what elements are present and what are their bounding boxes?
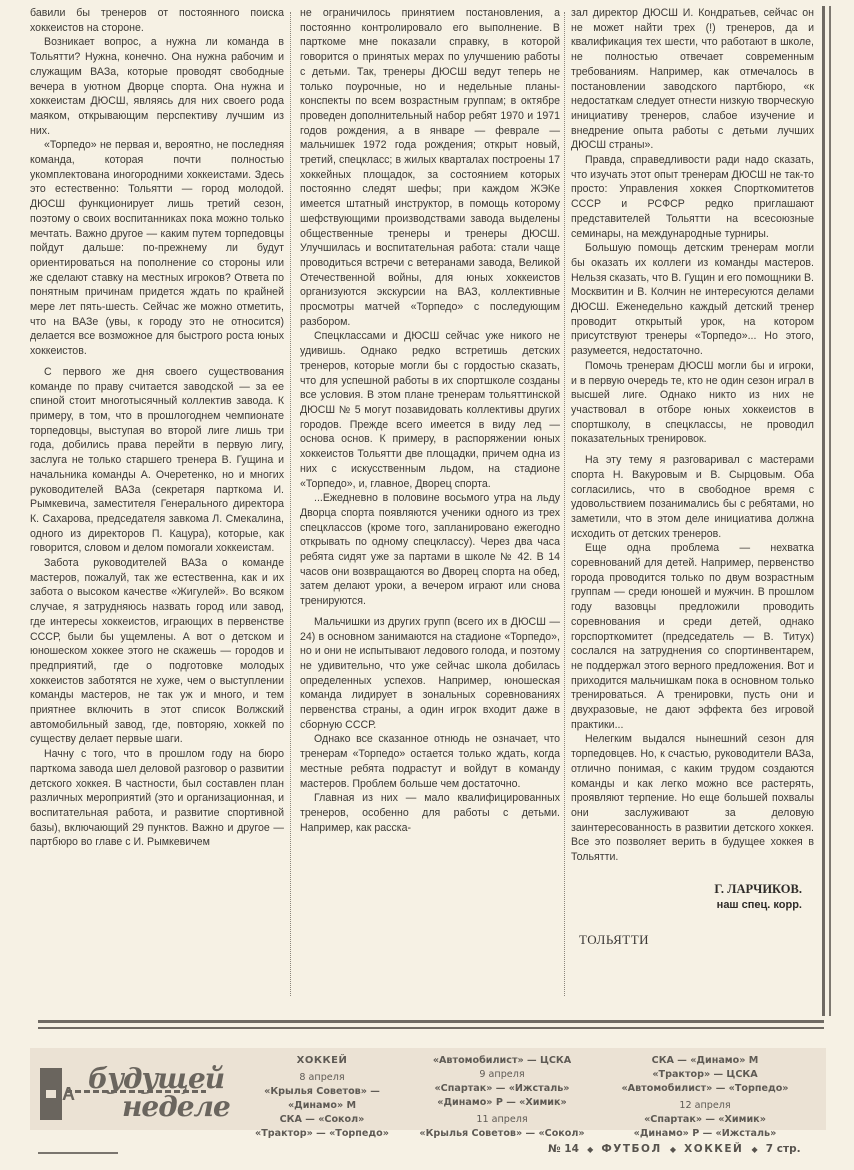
bottom-rule — [38, 1020, 824, 1023]
article-paragraph: Нелегким выдался нынешний сезон для торп… — [571, 732, 814, 864]
article-column-2: не ограничилось принятием постановления,… — [300, 6, 560, 835]
article-paragraph: ...Ежедневно в половине восьмого утра на… — [300, 491, 560, 609]
publication-title-1: ФУТБОЛ — [601, 1143, 661, 1155]
match-line: «Спартак» — «Ижсталь» — [414, 1082, 590, 1096]
diamond-icon: ◆ — [670, 1145, 676, 1154]
match-line: «Крылья Советов» — «Сокол» — [414, 1127, 590, 1141]
dateline: ТОЛЬЯТТИ — [571, 933, 814, 948]
match-line: «Автомобилист» — ЦСКА — [414, 1054, 590, 1068]
article-paragraph: Забота руководителей ВАЗа о команде маст… — [30, 556, 284, 747]
article-paragraph: не ограничилось принятием постановления,… — [300, 6, 560, 329]
diamond-icon: ◆ — [587, 1145, 593, 1154]
column-divider — [564, 12, 566, 996]
author-role: наш спец. корр. — [571, 897, 802, 913]
schedule-heading: ХОККЕЙ — [248, 1054, 396, 1068]
article-paragraph: зал директор ДЮСШ И. Кондратьев, сейчас … — [571, 6, 814, 153]
schedule-date: 9 апреля — [414, 1068, 590, 1082]
schedule-date: 8 апреля — [248, 1071, 396, 1085]
match-line: СКА — «Сокол» — [248, 1113, 396, 1127]
article-paragraph: Спецклассами и ДЮСШ сейчас уже никого не… — [300, 329, 560, 491]
article-paragraph: Еще одна проблема — нехватка соревновани… — [571, 541, 814, 732]
article: бавили бы тренеров от постоянного поиска… — [30, 6, 820, 1006]
match-line: СКА — «Динамо» М — [610, 1054, 800, 1068]
column-divider — [290, 12, 292, 996]
article-paragraph: «Торпедо» не первая и, вероятно, не посл… — [30, 138, 284, 359]
article-paragraph: Помочь тренерам ДЮСШ могли бы и игроки, … — [571, 359, 814, 447]
schedule-date: 12 апреля — [610, 1099, 800, 1113]
article-paragraph: Главная из них — мало квалифицированных … — [300, 791, 560, 835]
article-paragraph: Однако все сказанное отнюдь не означает,… — [300, 732, 560, 791]
article-paragraph: Возникает вопрос, а нужна ли команда в Т… — [30, 35, 284, 138]
page-footer: № 14 ◆ ФУТБОЛ ◆ ХОККЕЙ ◆ 7 стр. — [548, 1143, 848, 1155]
article-column-3: зал директор ДЮСШ И. Кондратьев, сейчас … — [571, 6, 814, 947]
logo-letter-n — [40, 1068, 62, 1120]
article-paragraph: Правда, справедливости ради надо сказать… — [571, 153, 814, 241]
next-week-schedule-banner: А будущей неделе ХОККЕЙ 8 апреля «Крылья… — [30, 1048, 826, 1130]
author-signature: Г. ЛАРЧИКОВ.наш спец. корр. — [571, 881, 814, 913]
author-name: Г. ЛАРЧИКОВ. — [571, 881, 802, 897]
article-column-1: бавили бы тренеров от постоянного поиска… — [30, 6, 284, 850]
match-line: «Крылья Советов» — — [248, 1085, 396, 1099]
logo-word-2: неделе — [122, 1090, 230, 1123]
article-paragraph: Большую помощь детским тренерам могли бы… — [571, 241, 814, 359]
schedule-column-1: ХОККЕЙ 8 апреля «Крылья Советов» — «Дина… — [248, 1054, 396, 1141]
schedule-column-2: «Автомобилист» — ЦСКА 9 апреля «Спартак»… — [414, 1054, 590, 1141]
match-line: «Спартак» — «Химик» — [610, 1113, 800, 1127]
logo-letter-a: А — [62, 1084, 75, 1105]
match-line: «Трактор» — «Торпедо» — [248, 1127, 396, 1141]
article-paragraph: На эту тему я разговаривал с мастерами с… — [571, 453, 814, 541]
match-line: «Автомобилист» — «Торпедо» — [610, 1082, 800, 1096]
next-week-logo: А будущей неделе — [40, 1060, 240, 1124]
match-line: «Трактор» — ЦСКА — [610, 1068, 800, 1082]
schedule-date: 11 апреля — [414, 1113, 590, 1127]
right-border-rule — [822, 6, 825, 1016]
schedule-column-3: СКА — «Динамо» М «Трактор» — ЦСКА «Автом… — [610, 1054, 800, 1141]
match-line: «Динамо» Р — «Химик» — [414, 1096, 590, 1110]
article-paragraph: бавили бы тренеров от постоянного поиска… — [30, 6, 284, 35]
article-paragraph: Мальчишки из других групп (всего их в ДЮ… — [300, 615, 560, 733]
article-paragraph: Начну с того, что в прошлом году на бюро… — [30, 747, 284, 850]
match-line: «Динамо» М — [248, 1099, 396, 1113]
newspaper-page: бавили бы тренеров от постоянного поиска… — [0, 0, 854, 1170]
article-paragraph: С первого же дня своего существования ко… — [30, 365, 284, 556]
publication-title-2: ХОККЕЙ — [684, 1143, 743, 1155]
diamond-icon: ◆ — [751, 1145, 757, 1154]
match-line: «Динамо» Р — «Ижсталь» — [610, 1127, 800, 1141]
right-border-rule — [829, 6, 831, 1016]
banner-rule — [38, 1152, 118, 1154]
issue-number: № 14 — [548, 1143, 579, 1155]
page-number: 7 стр. — [766, 1143, 801, 1155]
bottom-rule — [38, 1027, 824, 1029]
